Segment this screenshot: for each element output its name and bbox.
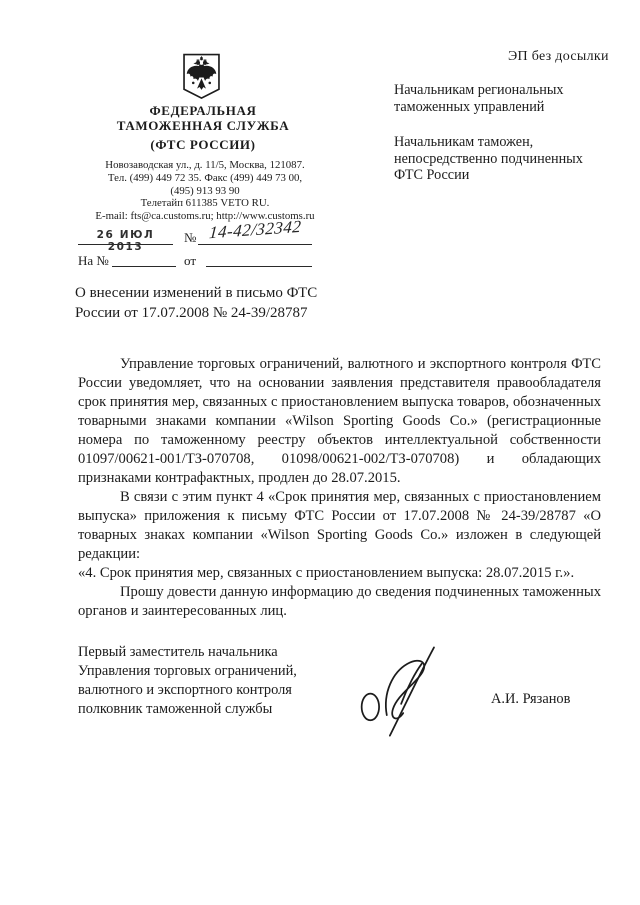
body-paragraph: В связи с этим пункт 4 «Срок принятия ме… — [78, 488, 601, 564]
signatory-name: А.И. Рязанов — [491, 691, 570, 708]
body-paragraph: «4. Срок принятия мер, связанных с приос… — [78, 564, 601, 583]
subject-line: О внесении изменений в письмо ФТС России… — [75, 283, 395, 323]
letterhead-address: Новозаводская ул., д. 11/5, Москва, 1210… — [52, 159, 358, 223]
ep-note: ЭП без досылки — [508, 49, 609, 65]
reply-number-blank-line — [112, 253, 176, 267]
address-line-street: Новозаводская ул., д. 11/5, Москва, 1210… — [52, 159, 358, 172]
org-name: ФЕДЕРАЛЬНАЯ ТАМОЖЕННАЯ СЛУЖБА (ФТС РОССИ… — [58, 104, 348, 153]
body-paragraph: Управление торговых ограничений, валютно… — [78, 355, 601, 488]
reference-block: 26 ИЮЛ 2013 № 14-42/32342 На № от — [78, 224, 312, 274]
signatory-title: Первый заместитель начальника Управления… — [78, 643, 358, 719]
outgoing-number-cell: 14-42/32342 — [198, 220, 312, 245]
date-stamp: 26 ИЮЛ 2013 — [78, 226, 173, 245]
document-page: ЭП без досылки ФЕДЕРАЛЬНАЯ ТАМОЖЕННАЯ СЛ… — [0, 0, 640, 905]
org-name-line1: ФЕДЕРАЛЬНАЯ — [58, 104, 348, 119]
address-line-phone: Тел. (499) 449 72 35. Факс (499) 449 73 … — [52, 172, 358, 185]
reply-date-blank-line — [206, 253, 312, 267]
addressee-block-1: Начальникам региональных таможенных упра… — [394, 82, 622, 115]
address-line-phone2: (495) 913 93 90 — [52, 185, 358, 198]
reply-from-label: от — [184, 253, 196, 269]
handwritten-number: 14-42/32342 — [208, 217, 302, 244]
letter-body: Управление торговых ограничений, валютно… — [78, 355, 601, 621]
signature-scribble-icon — [356, 641, 474, 739]
org-name-line2: ТАМОЖЕННАЯ СЛУЖБА — [58, 119, 348, 134]
org-name-line3: (ФТС РОССИИ) — [58, 138, 348, 153]
body-paragraph: Прошу довести данную информацию до сведе… — [78, 583, 601, 621]
coat-of-arms-icon — [182, 53, 221, 100]
number-label: № — [184, 230, 196, 246]
address-line-teletype: Телетайп 611385 VETO RU. — [52, 197, 358, 210]
addressee-block-2: Начальникам таможен, непосредственно под… — [394, 134, 622, 184]
reply-number-label: На № — [78, 253, 109, 269]
